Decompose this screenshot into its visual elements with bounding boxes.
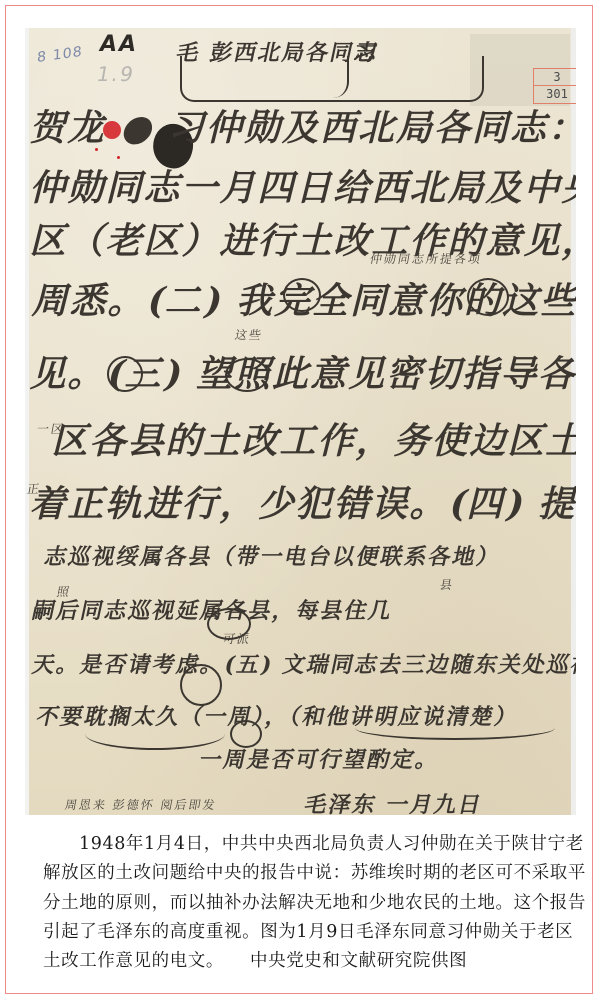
caption-line: 土改工作意见的电文。	[43, 951, 224, 971]
circle-mark	[207, 608, 251, 640]
figure-caption: 1948年1月4日，中共中央西北局负责人习仲勋在关于陕甘宁老 解放区的土改问题给…	[43, 830, 563, 976]
pencil-number: 1.9	[95, 62, 137, 86]
interlinear-note: 这些	[234, 326, 265, 343]
circle-mark	[180, 664, 222, 706]
manuscript-line: 贺龙 ● 习仲勋及西北局各同志：(一) 习	[27, 100, 576, 151]
manuscript-line: 一周是否可行望酌定。	[197, 743, 444, 774]
address-line: 毛 彭西北局各同志	[174, 36, 382, 67]
circle-mark	[225, 358, 269, 392]
manuscript-line: 志巡视绥属各县（带一电台以便联系各地）	[42, 540, 505, 571]
red-dot	[117, 156, 120, 159]
underline-curve	[85, 718, 225, 750]
manuscript-line: 仲勋同志一月四日给西北局及中央关于边	[27, 160, 576, 211]
manuscript-line: 区各县的土改工作，务使边区土改工作循	[49, 413, 576, 464]
caption-line: 引起了毛泽东的高度重视。图为1月9日毛泽东同意习仲勋关于老区	[43, 918, 563, 947]
bottom-note: 周恩来 彭德怀 阅后即发	[64, 796, 219, 813]
caption-line: 分土地的原则，而以抽补办法解决无地和少地农民的土地。这个报告	[43, 889, 563, 918]
manuscript-line: 着正轨进行，少犯错误。(四) 提议仲勋同	[27, 476, 576, 527]
archive-pencil-mark: 8 108	[37, 44, 83, 66]
circle-mark	[283, 278, 321, 312]
caption-line: 解放区的土改问题给中央的报告中说：苏维埃时期的老区可不采取平	[43, 859, 563, 888]
interlinear-note: 县	[439, 576, 456, 593]
signature-line: 毛泽东 一月九日	[302, 788, 486, 815]
manuscript-line: 天。是否请考虑。(五) 文瑞同志去三边随东关处巡视	[30, 648, 576, 679]
underline-curve	[355, 716, 555, 740]
circle-mark	[467, 278, 509, 316]
archive-stamp: 3 301	[533, 68, 576, 104]
interlinear-note: 仲勋同志所提各项	[369, 250, 484, 267]
manuscript-line: 区（老区）进行土改工作的意见，	[27, 213, 576, 264]
circle-mark	[107, 356, 143, 392]
circle-mark	[230, 720, 262, 748]
manuscript-photo: 3 301 8 108 AA 1.9 毛 彭西北局各同志 习 贺龙 ● 习仲勋及…	[25, 28, 576, 815]
stamp-number-top: 3	[534, 69, 576, 86]
caption-line: 1948年1月4日，中共中央西北局负责人习仲勋在关于陕甘宁老	[43, 830, 563, 859]
image-credit: 中央党史和文献研究院供图	[250, 951, 467, 971]
priority-code: AA	[100, 32, 138, 57]
